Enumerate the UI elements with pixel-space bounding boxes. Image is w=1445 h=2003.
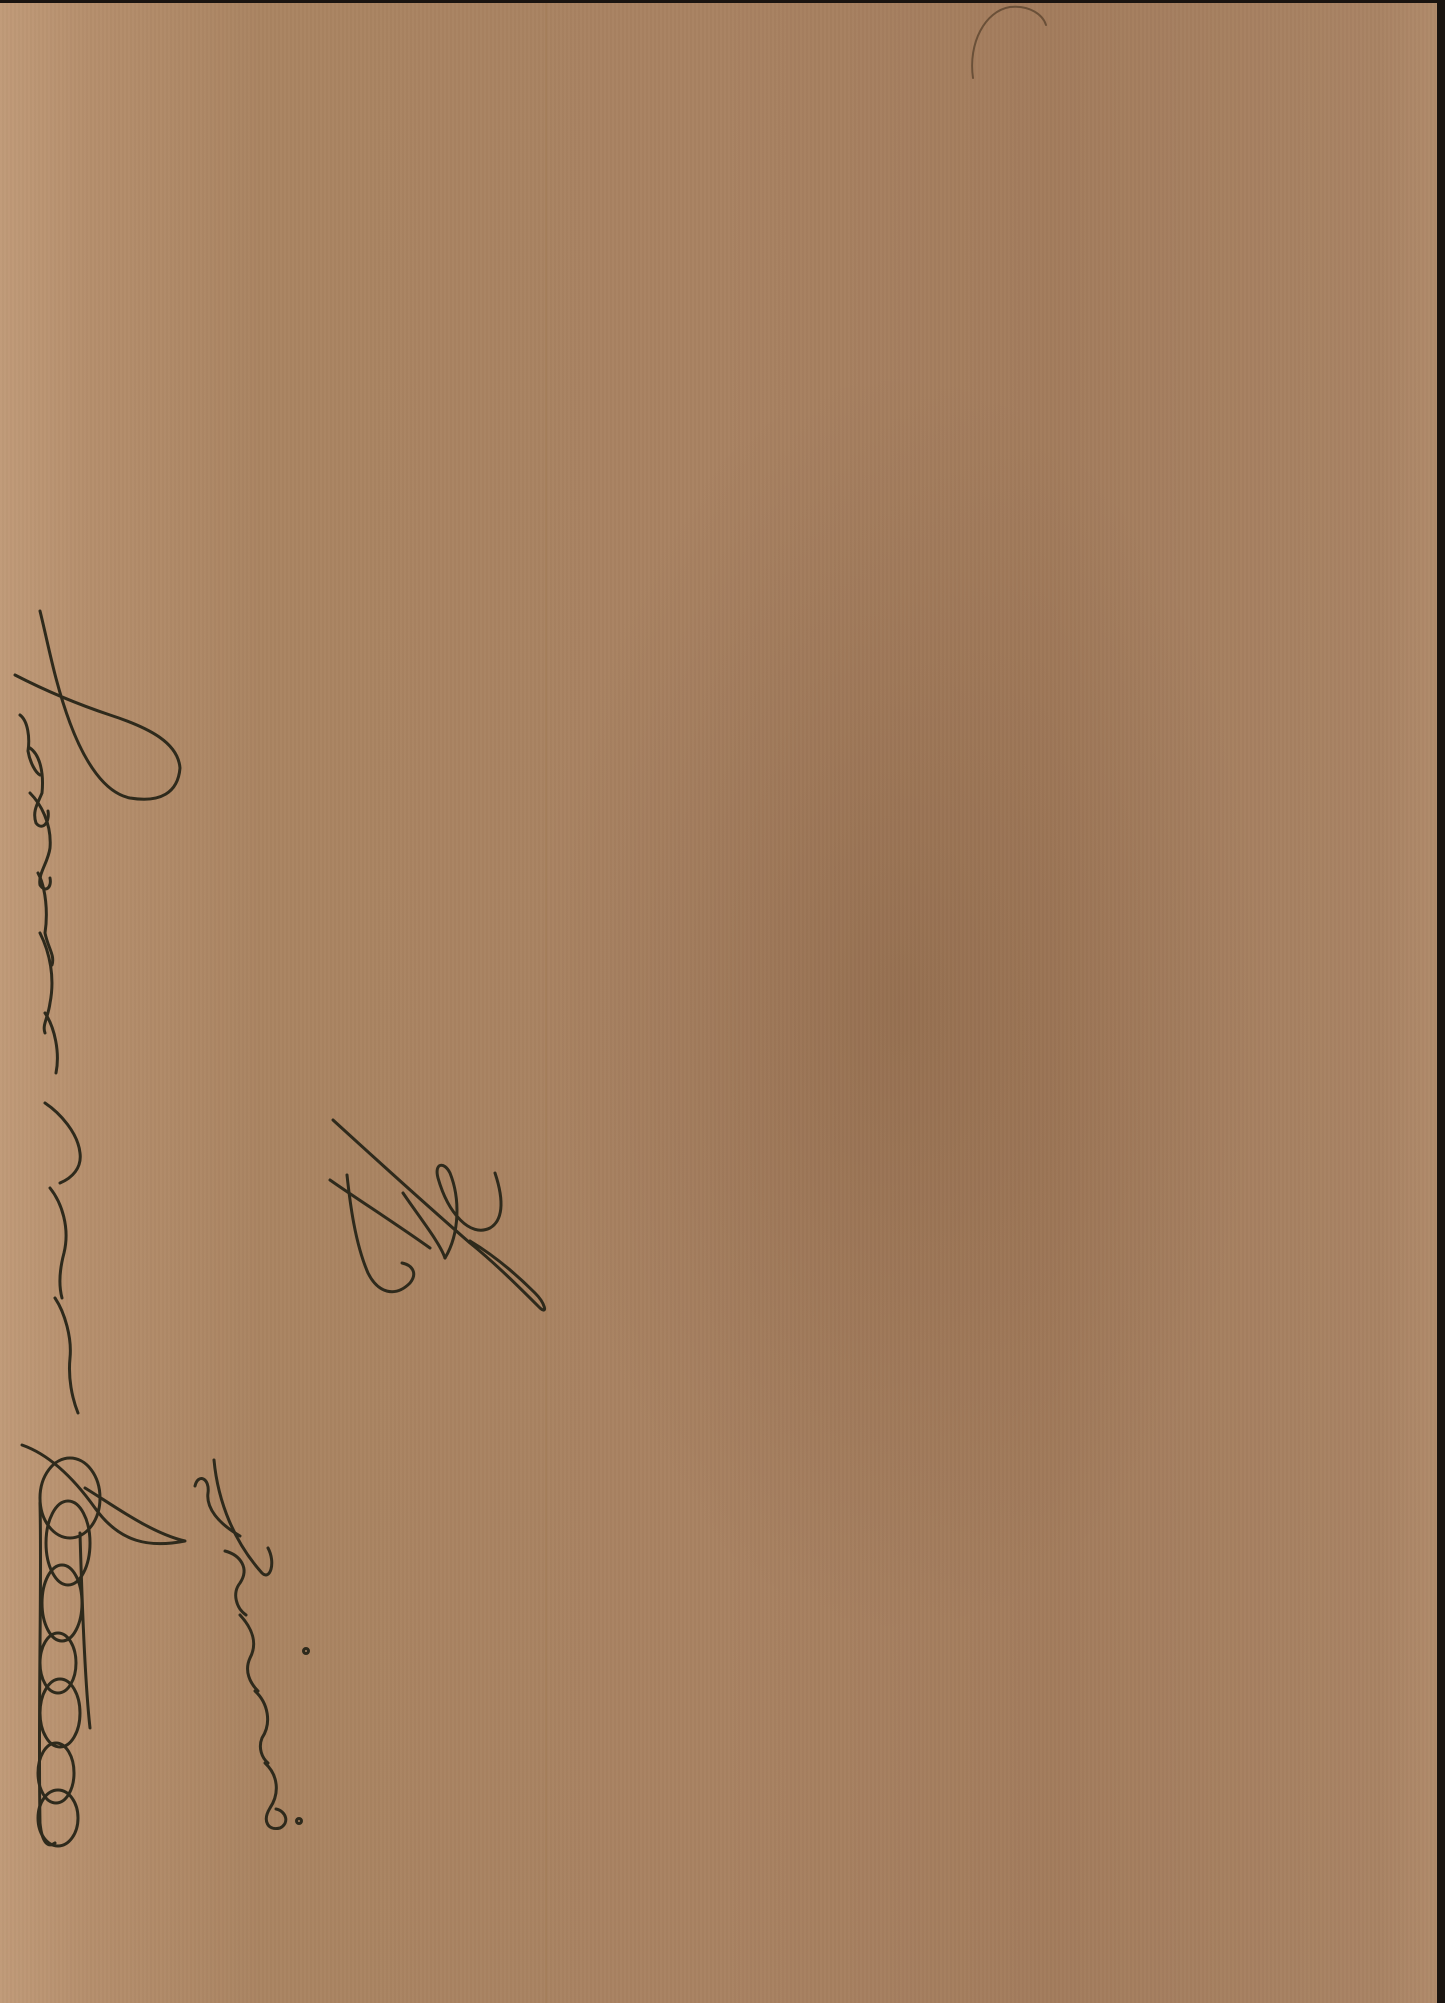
signature: [signature]: [154, 1443, 200, 1667]
corner-arc-mark: [972, 7, 1046, 78]
folder-cover: Presmo Cosa Jf Familio. [signature]: [0, 3, 1437, 2003]
family-note: Familio.: [244, 1458, 290, 1619]
initials-strokes: [330, 1120, 545, 1310]
handwriting-layer: [0, 3, 1437, 2003]
left-inscription: Presmo Cosa: [74, 603, 120, 867]
